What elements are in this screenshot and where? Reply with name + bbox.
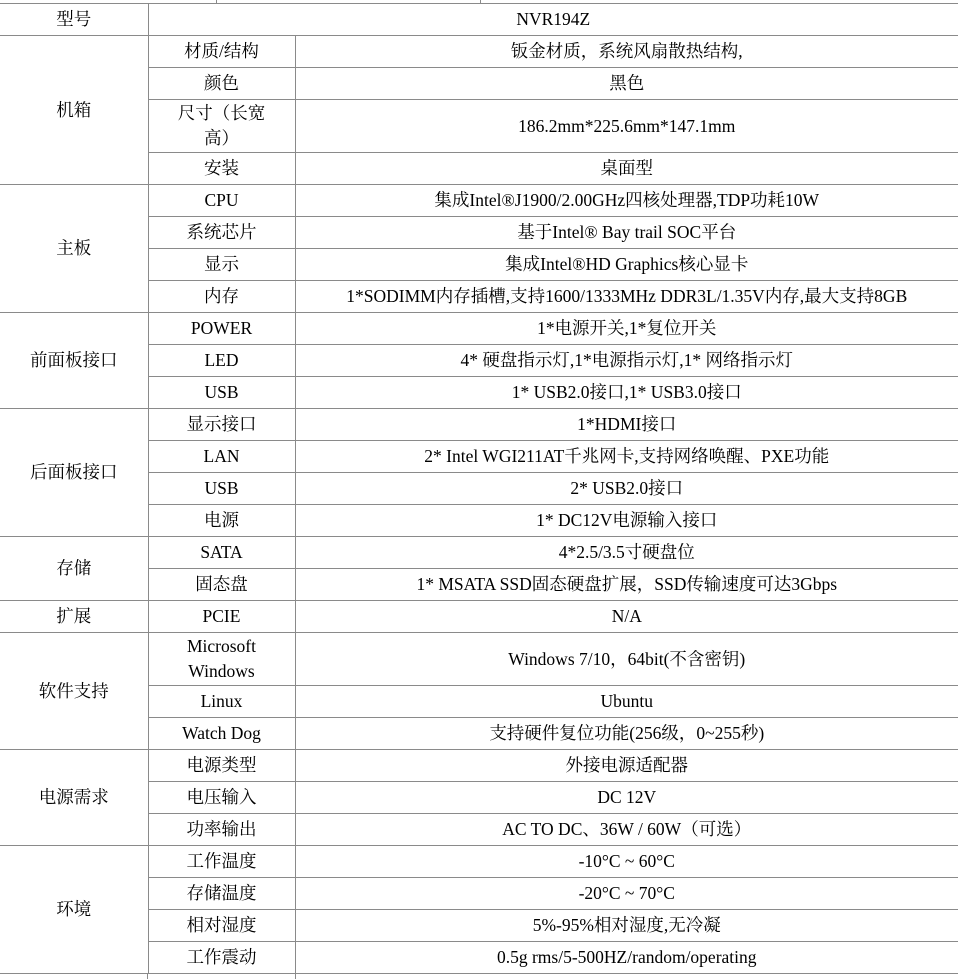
spec-value-cell: 1* DC12V电源输入接口 xyxy=(295,505,958,537)
spec-value-cell: 4*2.5/3.5寸硬盘位 xyxy=(295,537,958,569)
spec-value-cell: 桌面型 xyxy=(295,153,958,185)
spec-label-cell: 内存 xyxy=(148,281,295,313)
spec-value-cell: -20°C ~ 70°C xyxy=(295,878,958,910)
spec-label-cell: LAN xyxy=(148,441,295,473)
spec-label-cell: 系统芯片 xyxy=(148,217,295,249)
table-row: 型号NVR194Z xyxy=(0,4,958,36)
spec-label-cell: 相对湿度 xyxy=(148,910,295,942)
category-cell: 后面板接口 xyxy=(0,409,148,537)
spec-value-cell: 1* USB2.0接口,1* USB3.0接口 xyxy=(295,377,958,409)
category-cell: 机箱 xyxy=(0,36,148,185)
spec-label-cell: 材质/结构 xyxy=(148,36,295,68)
table-gridline xyxy=(216,0,217,3)
spec-sheet-page: 型号NVR194Z机箱材质/结构钣金材质，系统风扇散热结构,颜色黑色尺寸（长宽高… xyxy=(0,0,958,979)
spec-value-cell: Ubuntu xyxy=(295,686,958,718)
spec-value-cell: 2* Intel WGI211AT千兆网卡,支持网络唤醒、PXE功能 xyxy=(295,441,958,473)
spec-label-cell: 工作震动 xyxy=(148,942,295,974)
spec-value-cell: 1*电源开关,1*复位开关 xyxy=(295,313,958,345)
table-gridline xyxy=(147,974,148,979)
spec-label-cell: 显示接口 xyxy=(148,409,295,441)
spec-value-cell: 集成Intel®HD Graphics核心显卡 xyxy=(295,249,958,281)
category-cell: 环境 xyxy=(0,846,148,974)
spec-label-cell: USB xyxy=(148,377,295,409)
table-gridline xyxy=(480,0,481,3)
spec-value-cell: 186.2mm*225.6mm*147.1mm xyxy=(295,100,958,153)
spec-value-cell: 1*SODIMM内存插槽,支持1600/1333MHz DDR3L/1.35V内… xyxy=(295,281,958,313)
cropped-row-below xyxy=(0,974,958,979)
spec-label-cell: 电压输入 xyxy=(148,782,295,814)
spec-label-cell: LED xyxy=(148,345,295,377)
table-gridline xyxy=(295,974,296,979)
table-row: 后面板接口显示接口1*HDMI接口 xyxy=(0,409,958,441)
spec-value-cell: 0.5g rms/5-500HZ/random/operating xyxy=(295,942,958,974)
spec-label-cell: 存储温度 xyxy=(148,878,295,910)
spec-label-cell: USB xyxy=(148,473,295,505)
spec-label-cell: 功率输出 xyxy=(148,814,295,846)
table-row: 软件支持Microsoft WindowsWindows 7/10，64bit(… xyxy=(0,633,958,686)
spec-label-cell: 安装 xyxy=(148,153,295,185)
spec-value-cell: NVR194Z xyxy=(148,4,958,36)
spec-value-cell: 5%-95%相对湿度,无冷凝 xyxy=(295,910,958,942)
spec-value-cell: AC TO DC、36W / 60W（可选） xyxy=(295,814,958,846)
spec-value-cell: 钣金材质，系统风扇散热结构, xyxy=(295,36,958,68)
category-cell: 存储 xyxy=(0,537,148,601)
spec-label-cell: Microsoft Windows xyxy=(148,633,295,686)
spec-label-cell: CPU xyxy=(148,185,295,217)
spec-value-cell: DC 12V xyxy=(295,782,958,814)
spec-label-cell: POWER xyxy=(148,313,295,345)
spec-label-cell: 显示 xyxy=(148,249,295,281)
table-row: 存储SATA4*2.5/3.5寸硬盘位 xyxy=(0,537,958,569)
spec-label-cell: 电源类型 xyxy=(148,750,295,782)
table-row: 机箱材质/结构钣金材质，系统风扇散热结构, xyxy=(0,36,958,68)
table-row: 扩展PCIEN/A xyxy=(0,601,958,633)
spec-value-cell: 1* MSATA SSD固态硬盘扩展，SSD传输速度可达3Gbps xyxy=(295,569,958,601)
category-cell: 前面板接口 xyxy=(0,313,148,409)
category-cell: 扩展 xyxy=(0,601,148,633)
spec-label-cell: Linux xyxy=(148,686,295,718)
spec-label-cell: PCIE xyxy=(148,601,295,633)
table-row: 前面板接口POWER1*电源开关,1*复位开关 xyxy=(0,313,958,345)
spec-value-cell: 外接电源适配器 xyxy=(295,750,958,782)
spec-value-cell: 2* USB2.0接口 xyxy=(295,473,958,505)
category-cell: 电源需求 xyxy=(0,750,148,846)
spec-value-cell: 黑色 xyxy=(295,68,958,100)
table-row: 环境工作温度-10°C ~ 60°C xyxy=(0,846,958,878)
spec-value-cell: 1*HDMI接口 xyxy=(295,409,958,441)
spec-label-cell: 尺寸（长宽高） xyxy=(148,100,295,153)
table-row: 主板CPU集成Intel®J1900/2.00GHz四核处理器,TDP功耗10W xyxy=(0,185,958,217)
spec-value-cell: 集成Intel®J1900/2.00GHz四核处理器,TDP功耗10W xyxy=(295,185,958,217)
spec-label-cell: 工作温度 xyxy=(148,846,295,878)
spec-value-cell: 基于Intel® Bay trail SOC平台 xyxy=(295,217,958,249)
spec-label-cell: Watch Dog xyxy=(148,718,295,750)
category-cell: 软件支持 xyxy=(0,633,148,750)
spec-label-cell: 固态盘 xyxy=(148,569,295,601)
spec-value-cell: 支持硬件复位功能(256级，0~255秒) xyxy=(295,718,958,750)
table-row: 电源需求电源类型外接电源适配器 xyxy=(0,750,958,782)
cropped-row-above xyxy=(0,0,958,3)
spec-value-cell: 4* 硬盘指示灯,1*电源指示灯,1* 网络指示灯 xyxy=(295,345,958,377)
category-cell: 型号 xyxy=(0,4,148,36)
spec-label-cell: 电源 xyxy=(148,505,295,537)
spec-label-cell: 颜色 xyxy=(148,68,295,100)
spec-value-cell: N/A xyxy=(295,601,958,633)
spec-value-cell: Windows 7/10，64bit(不含密钥) xyxy=(295,633,958,686)
category-cell: 主板 xyxy=(0,185,148,313)
product-spec-table: 型号NVR194Z机箱材质/结构钣金材质，系统风扇散热结构,颜色黑色尺寸（长宽高… xyxy=(0,3,958,974)
spec-label-cell: SATA xyxy=(148,537,295,569)
spec-value-cell: -10°C ~ 60°C xyxy=(295,846,958,878)
